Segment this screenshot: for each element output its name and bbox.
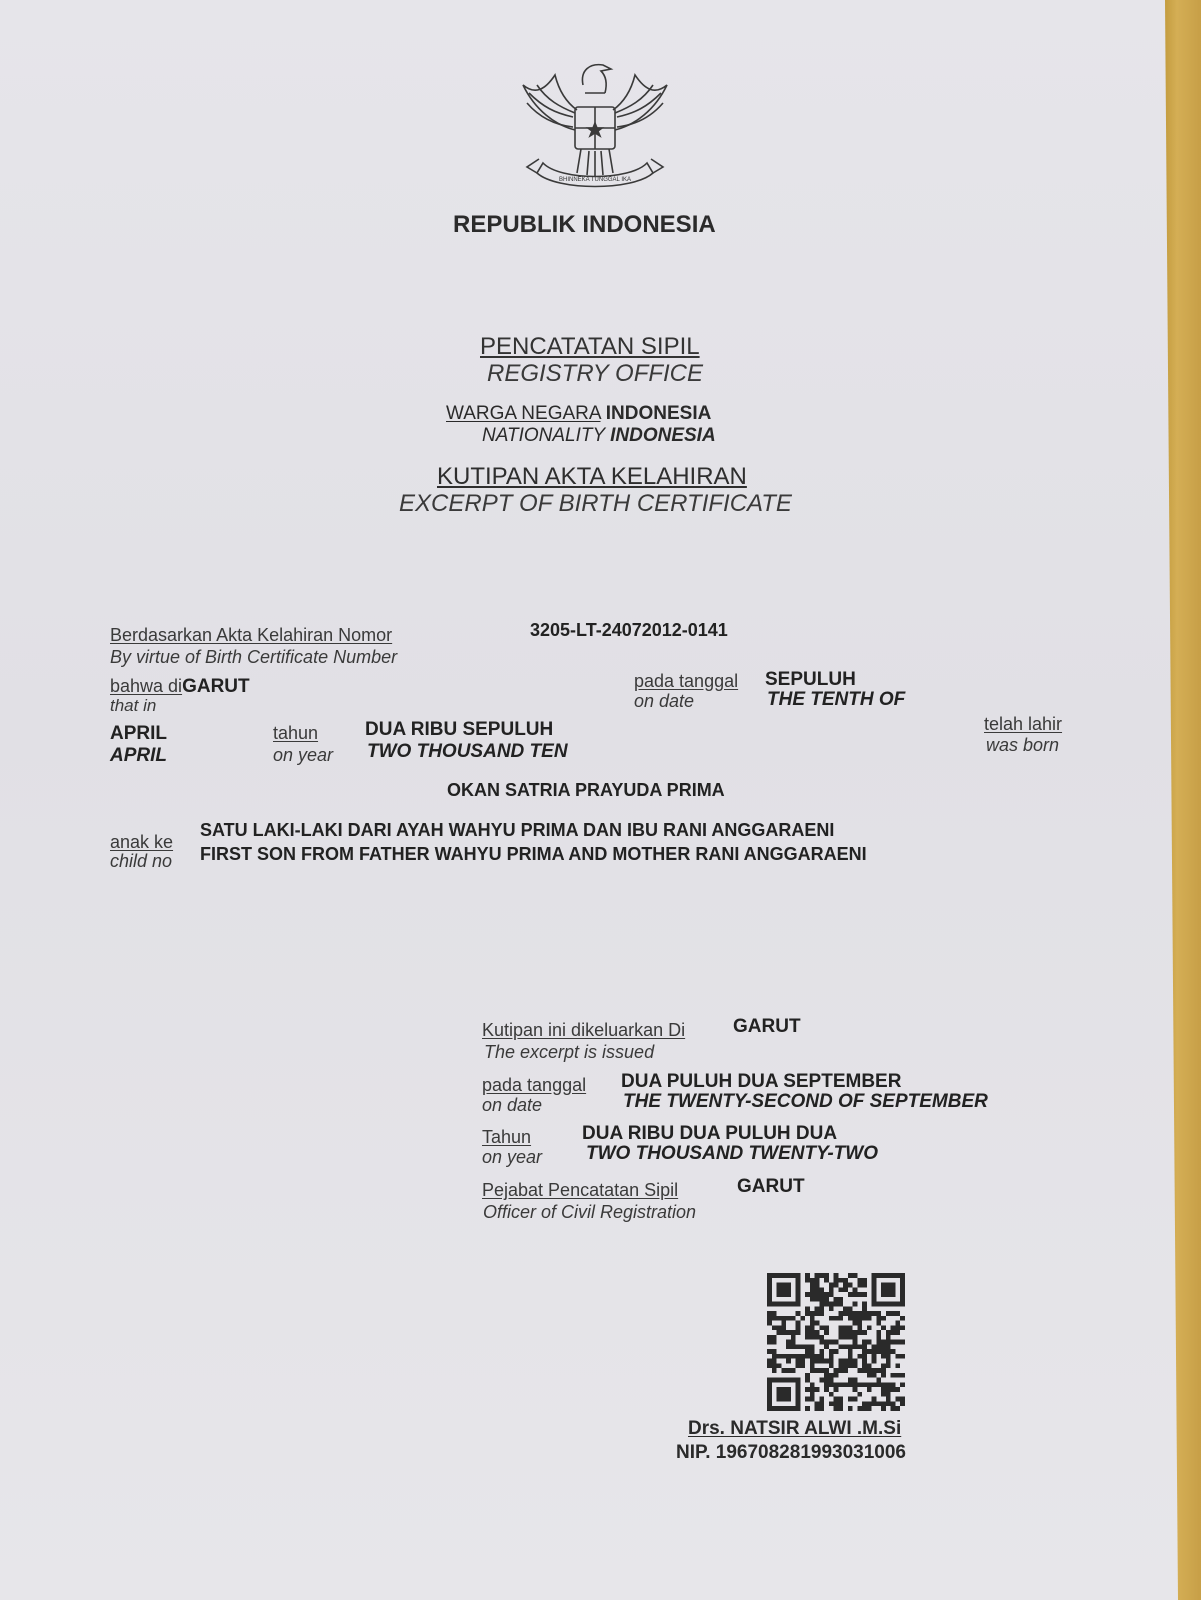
officer-label-id: Pejabat Pencatatan Sipil <box>482 1180 678 1201</box>
birth-month-en: APRIL <box>110 745 167 767</box>
birth-date-id: SEPULUH <box>765 669 856 691</box>
birth-place-row: bahwa diGARUT <box>110 676 250 698</box>
nationality-label-id: WARGA NEGARA <box>446 403 601 424</box>
issue-date-en: THE TWENTY-SECOND OF SEPTEMBER <box>623 1091 988 1113</box>
issue-year-en: TWO THOUSAND TWENTY-TWO <box>586 1143 878 1165</box>
issue-year-label-id: Tahun <box>482 1127 531 1148</box>
country-title: REPUBLIK INDONESIA <box>453 211 716 239</box>
motto-text: BHINNEKA TUNGGAL IKA <box>559 177 631 183</box>
birth-date-en: THE TENTH OF <box>767 689 905 711</box>
cert-number-label-en: By virtue of Birth Certificate Number <box>110 647 397 668</box>
birth-date-label-en: on date <box>634 691 694 712</box>
issue-year-id: DUA RIBU DUA PULUH DUA <box>582 1123 837 1145</box>
nationality-row-en: NATIONALITY INDONESIA <box>482 425 716 447</box>
nationality-row-id: WARGA NEGARA INDONESIA <box>446 403 711 425</box>
birth-year-en: TWO THOUSAND TEN <box>367 741 568 763</box>
nationality-label-en: NATIONALITY <box>482 425 605 446</box>
issue-date-label-en: on date <box>482 1095 542 1116</box>
officer-name: Drs. NATSIR ALWI .M.Si <box>688 1418 901 1440</box>
cert-number-label-id: Berdasarkan Akta Kelahiran Nomor <box>110 625 392 646</box>
officer-place: GARUT <box>737 1176 805 1198</box>
birth-year-label-id: tahun <box>273 723 318 744</box>
birth-year-id: DUA RIBU SEPULUH <box>365 719 553 741</box>
issue-year-label-en: on year <box>482 1147 542 1168</box>
birth-month-id: APRIL <box>110 723 167 745</box>
officer-nip: NIP. 196708281993031006 <box>676 1442 906 1464</box>
birth-year-label-en: on year <box>273 745 333 766</box>
nationality-value-en: INDONESIA <box>610 425 716 446</box>
place-label-en: that in <box>110 696 156 716</box>
cert-number: 3205-LT-24072012-0141 <box>530 620 728 641</box>
child-name: OKAN SATRIA PRAYUDA PRIMA <box>447 780 725 801</box>
office-title-id: PENCATATAN SIPIL <box>480 333 700 361</box>
qr-code-icon <box>767 1272 905 1412</box>
garuda-emblem-icon: BHINNEKA TUNGGAL IKA <box>515 55 675 200</box>
issue-date-label-id: pada tanggal <box>482 1075 586 1096</box>
nationality-value-id: INDONESIA <box>606 403 712 424</box>
issued-label-en: The excerpt is issued <box>484 1042 654 1063</box>
issued-label-id: Kutipan ini dikeluarkan Di <box>482 1020 685 1041</box>
birth-date-label-id: pada tanggal <box>634 671 738 692</box>
certificate-page: BHINNEKA TUNGGAL IKA REPUBLIK INDONESIA … <box>0 0 1178 1600</box>
place-label-id: bahwa di <box>110 676 182 696</box>
born-label-id: telah lahir <box>984 714 1062 735</box>
document-title-en: EXCERPT OF BIRTH CERTIFICATE <box>399 490 792 518</box>
child-no-label-en: child no <box>110 851 172 872</box>
child-no-label-id: anak ke <box>110 832 173 853</box>
born-label-en: was born <box>986 735 1059 756</box>
issued-place: GARUT <box>733 1016 801 1038</box>
issue-date-id: DUA PULUH DUA SEPTEMBER <box>621 1071 901 1093</box>
officer-label-en: Officer of Civil Registration <box>483 1202 696 1223</box>
child-description-en: FIRST SON FROM FATHER WAHYU PRIMA AND MO… <box>200 844 867 865</box>
document-title-id: KUTIPAN AKTA KELAHIRAN <box>437 463 747 491</box>
office-title-en: REGISTRY OFFICE <box>487 360 703 388</box>
birth-place: GARUT <box>182 676 250 697</box>
child-description-id: SATU LAKI-LAKI DARI AYAH WAHYU PRIMA DAN… <box>200 820 834 841</box>
